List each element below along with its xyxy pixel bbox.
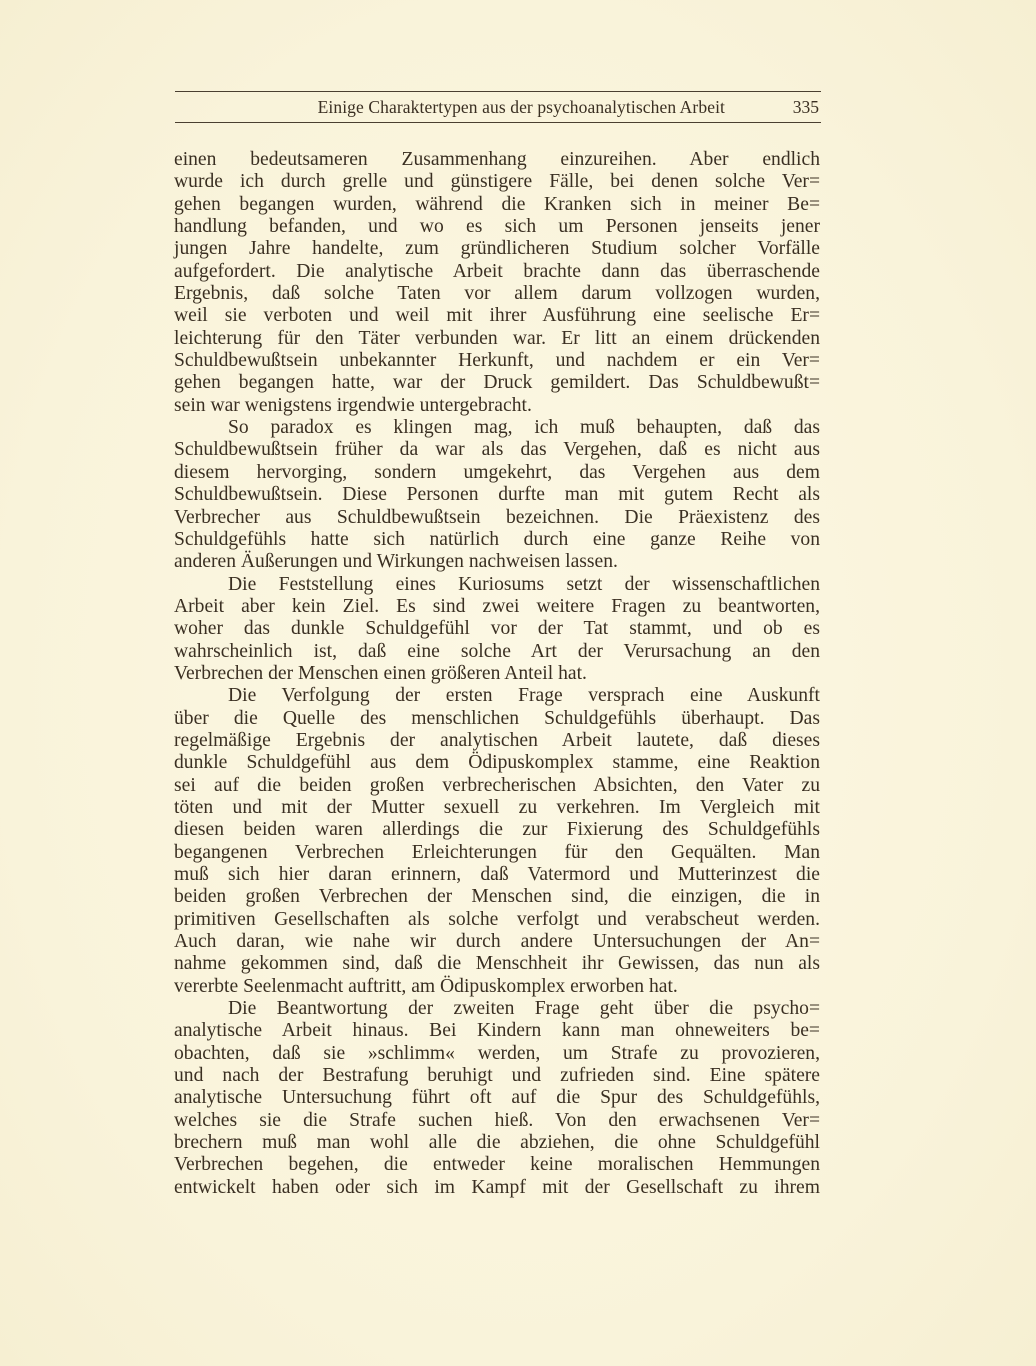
text-line: beiden großen Verbrechen der Menschen si…	[174, 886, 820, 908]
text-line: diesem hervorging, sondern umgekehrt, da…	[174, 462, 820, 484]
text-line: sei auf die beiden großen verbrecherisch…	[174, 775, 820, 797]
text-line: primitiven Gesellschaften als solche ver…	[174, 909, 820, 931]
text-line: gehen begangen wurden, während die Krank…	[174, 194, 820, 216]
text-line: gehen begangen hatte, war der Druck gemi…	[174, 372, 820, 394]
text-line: obachten, daß sie »schlimm« werden, um S…	[174, 1043, 820, 1065]
text-line: So paradox es klingen mag, ich muß behau…	[174, 417, 820, 439]
book-page: Einige Charaktertypen aus der psychoanal…	[0, 0, 1036, 1366]
text-line: wurde ich durch grelle und günstigere Fä…	[174, 171, 820, 193]
text-line: analytische Arbeit hinaus. Bei Kindern k…	[174, 1020, 820, 1042]
text-line: weil sie verboten und weil mit ihrer Aus…	[174, 305, 820, 327]
text-line: über die Quelle des menschlichen Schuldg…	[174, 708, 820, 730]
paragraph: einen bedeutsameren Zusammenhang einzure…	[174, 149, 820, 417]
text-line: Die Feststellung eines Kuriosums setzt d…	[174, 574, 820, 596]
text-line: Die Beantwortung der zweiten Frage geht …	[174, 998, 820, 1020]
text-line: sein war wenigstens irgendwie untergebra…	[174, 395, 820, 417]
text-line: Ergebnis, daß solche Taten vor allem dar…	[174, 283, 820, 305]
text-line: töten und mit der Mutter sexuell zu verk…	[174, 797, 820, 819]
paragraph: Die Feststellung eines Kuriosums setzt d…	[174, 574, 820, 686]
paragraph: Die Verfolgung der ersten Frage versprac…	[174, 685, 820, 998]
text-line: Verbrecher aus Schuldbewußtsein bezeichn…	[174, 507, 820, 529]
text-line: Auch daran, wie nahe wir durch andere Un…	[174, 931, 820, 953]
running-title: Einige Charaktertypen aus der psychoanal…	[318, 97, 725, 118]
text-line: muß sich hier daran erinnern, daß Vaterm…	[174, 864, 820, 886]
text-line: Arbeit aber kein Ziel. Es sind zwei weit…	[174, 596, 820, 618]
text-line: Verbrechen der Menschen einen größeren A…	[174, 663, 820, 685]
text-line: welches sie die Strafe suchen hieß. Von …	[174, 1110, 820, 1132]
text-line: leichterung für den Täter verbunden war.…	[174, 328, 820, 350]
text-line: handlung befanden, und wo es sich um Per…	[174, 216, 820, 238]
running-head: Einige Charaktertypen aus der psychoanal…	[175, 91, 821, 123]
text-line: nahme gekommen sind, daß die Menschheit …	[174, 953, 820, 975]
text-line: jungen Jahre handelte, zum gründlicheren…	[174, 238, 820, 260]
text-line: anderen Äußerungen und Wirkungen nachwei…	[174, 551, 820, 573]
text-line: aufgefordert. Die analytische Arbeit bra…	[174, 261, 820, 283]
text-line: Verbrechen begehen, die entweder keine m…	[174, 1154, 820, 1176]
text-line: regelmäßige Ergebnis der analytischen Ar…	[174, 730, 820, 752]
text-line: Schuldbewußtsein. Diese Personen durfte …	[174, 484, 820, 506]
text-line: Schuldgefühls hatte sich natürlich durch…	[174, 529, 820, 551]
text-line: woher das dunkle Schuldgefühl vor der Ta…	[174, 618, 820, 640]
text-line: Die Verfolgung der ersten Frage versprac…	[174, 685, 820, 707]
body-text: einen bedeutsameren Zusammenhang einzure…	[174, 149, 820, 1199]
text-line: Schuldbewußtsein früher da war als das V…	[174, 439, 820, 461]
text-line: und nach der Bestrafung beruhigt und zuf…	[174, 1065, 820, 1087]
text-line: diesen beiden waren allerdings die zur F…	[174, 819, 820, 841]
text-line: brechern muß man wohl alle die abziehen,…	[174, 1132, 820, 1154]
text-line: begangenen Verbrechen Erleichterungen fü…	[174, 842, 820, 864]
text-line: einen bedeutsameren Zusammenhang einzure…	[174, 149, 820, 171]
text-line: entwickelt haben oder sich im Kampf mit …	[174, 1177, 820, 1199]
text-line: Schuldbewußtsein unbekannter Herkunft, u…	[174, 350, 820, 372]
text-line: analytische Untersuchung führt oft auf d…	[174, 1087, 820, 1109]
paragraph: So paradox es klingen mag, ich muß behau…	[174, 417, 820, 573]
text-line: wahrscheinlich ist, daß eine solche Art …	[174, 641, 820, 663]
text-line: vererbte Seelenmacht auftritt, am Ödipus…	[174, 976, 820, 998]
text-line: dunkle Schuldgefühl aus dem Ödipuskomple…	[174, 752, 820, 774]
paragraph: Die Beantwortung der zweiten Frage geht …	[174, 998, 820, 1199]
page-number: 335	[793, 97, 819, 118]
